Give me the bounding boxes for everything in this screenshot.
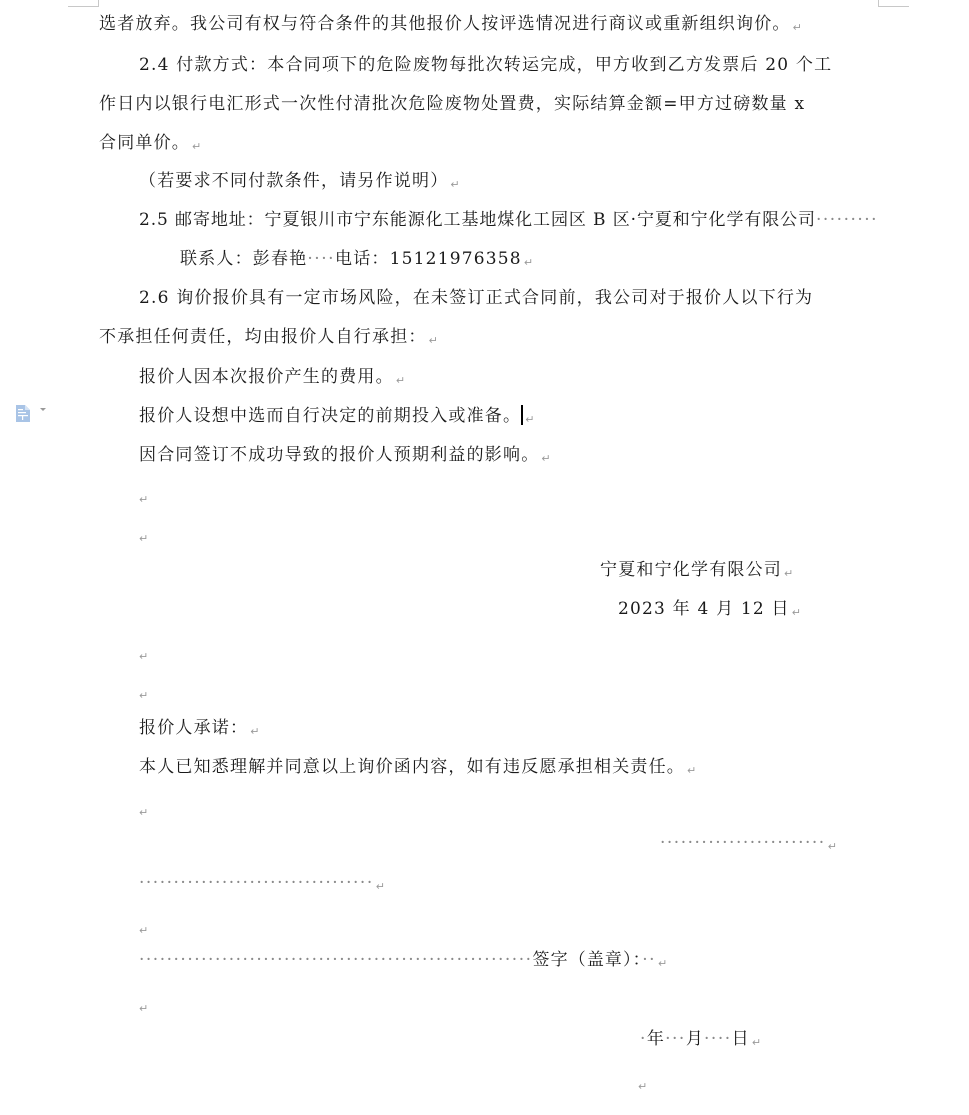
paragraph-risk-cont[interactable]: 不承担任何责任，均由报价人自行承担：↵ xyxy=(99,326,439,352)
paragraph-mark-icon: ↵ xyxy=(784,567,794,580)
empty-paragraph[interactable]: ↵ xyxy=(137,681,149,707)
space-marks: ···· xyxy=(307,249,335,269)
paragraph-item-3[interactable]: 因合同签订不成功导致的报价人预期利益的影响。↵ xyxy=(139,444,552,470)
signature-label: 签字（盖章）： xyxy=(533,950,643,970)
space-marks: ·· xyxy=(642,950,656,970)
paragraph-item-2[interactable]: 报价人设想中选而自行决定的前期投入或准备。↵ xyxy=(139,405,536,431)
text: 2.5 邮寄地址：宁夏银川市宁东能源化工基地煤化工园区 B 区·宁夏和宁化学有限… xyxy=(139,210,816,230)
blank-line-right[interactable]: ························↵ xyxy=(660,832,838,858)
paragraph-mark-icon: ↵ xyxy=(139,689,149,702)
paragraph-mark-icon: ↵ xyxy=(792,606,802,619)
paragraph-mark-icon: ↵ xyxy=(139,1002,149,1015)
empty-paragraph[interactable]: ↵ xyxy=(137,994,149,1020)
space-marks: · xyxy=(640,1029,647,1049)
paragraph-mark-icon: ↵ xyxy=(828,840,838,853)
paragraph-risk[interactable]: 2.6 询价报价具有一定市场风险，在未签订正式合同前，我公司对于报价人以下行为 xyxy=(139,287,813,309)
paragraph-payment[interactable]: 2.4 付款方式：本合同项下的危险废物每批次转运完成，甲方收到乙方发票后 20 … xyxy=(139,54,832,76)
text: 报价人承诺： xyxy=(139,718,248,738)
issue-date[interactable]: 2023 年 4 月 12 日↵ xyxy=(618,598,802,624)
empty-paragraph[interactable]: ↵ xyxy=(137,642,149,668)
paragraph-mark-icon: ↵ xyxy=(139,924,149,937)
text: 本人已知悉理解并同意以上询价函内容，如有违反愿承担相关责任。 xyxy=(139,757,685,777)
paragraph-mark-icon: ↵ xyxy=(429,334,439,347)
paragraph-mark-icon: ↵ xyxy=(139,806,149,819)
paragraph-mark-icon: ↵ xyxy=(793,21,803,34)
chevron-down-icon[interactable] xyxy=(40,408,46,411)
text: 2.4 付款方式：本合同项下的危险废物每批次转运完成，甲方收到乙方发票后 20 … xyxy=(139,55,832,75)
company-name[interactable]: 宁夏和宁化学有限公司↵ xyxy=(600,559,794,585)
text: 因合同签订不成功导致的报价人预期利益的影响。 xyxy=(139,445,539,465)
pledge-text[interactable]: 本人已知悉理解并同意以上询价函内容，如有违反愿承担相关责任。↵ xyxy=(139,756,697,782)
paragraph-mark-icon: ↵ xyxy=(139,532,149,545)
paragraph[interactable]: 选者放弃。我公司有权与符合条件的其他报价人按评选情况进行商议或重新组织询价。↵ xyxy=(99,13,803,39)
paragraph-mark-icon: ↵ xyxy=(450,178,460,191)
paragraph-mark-icon: ↵ xyxy=(687,764,697,777)
space-marks: ························ xyxy=(660,833,826,853)
text: 报价人因本次报价产生的费用。 xyxy=(139,367,394,387)
signature-date-line[interactable]: ·年···月····日↵ xyxy=(640,1028,762,1054)
text: 合同单价。 xyxy=(99,133,190,153)
text: 电话：15121976358 xyxy=(335,249,522,269)
paragraph-mark-icon: ↵ xyxy=(376,880,386,893)
empty-paragraph[interactable]: ↵ xyxy=(137,524,149,550)
empty-paragraph[interactable]: ↵ xyxy=(636,1072,648,1098)
empty-paragraph[interactable]: ↵ xyxy=(137,485,149,511)
text: 月 xyxy=(686,1029,704,1049)
text: 2.6 询价报价具有一定市场风险，在未签订正式合同前，我公司对于报价人以下行为 xyxy=(139,288,813,308)
page-margin-corner-top-right xyxy=(878,0,909,7)
blank-line-left[interactable]: ··································↵ xyxy=(139,872,386,898)
paragraph-mark-icon: ↵ xyxy=(638,1080,648,1093)
text: 2023 年 4 月 12 日 xyxy=(618,599,790,619)
text-cursor xyxy=(521,405,523,425)
paragraph-mark-icon: ↵ xyxy=(139,493,149,506)
space-marks: ········································… xyxy=(139,950,533,970)
space-marks: ···· xyxy=(704,1029,732,1049)
paragraph-mark-icon: ↵ xyxy=(250,725,260,738)
text: 作日内以银行电汇形式一次性付清批次危险废物处置费，实际结算金额=甲方过磅数量 x xyxy=(99,94,805,114)
paragraph-address[interactable]: 2.5 邮寄地址：宁夏银川市宁东能源化工基地煤化工园区 B 区·宁夏和宁化学有限… xyxy=(139,209,878,231)
space-marks: ········· xyxy=(816,210,878,230)
paragraph-mark-icon: ↵ xyxy=(525,413,535,426)
paragraph-note[interactable]: （若要求不同付款条件，请另作说明）↵ xyxy=(139,170,461,196)
empty-paragraph[interactable]: ↵ xyxy=(137,798,149,824)
space-marks: ·································· xyxy=(139,873,374,893)
paragraph-contact[interactable]: 联系人：彭春艳····电话：15121976358↵ xyxy=(180,248,534,274)
document-structure-icon[interactable] xyxy=(16,405,30,422)
paragraph-mark-icon: ↵ xyxy=(524,256,534,269)
text: （若要求不同付款条件，请另作说明） xyxy=(139,171,448,191)
paragraph-payment-end[interactable]: 合同单价。↵ xyxy=(99,132,202,158)
paragraph-mark-icon: ↵ xyxy=(541,452,551,465)
paragraph-item-1[interactable]: 报价人因本次报价产生的费用。↵ xyxy=(139,366,406,392)
paragraph-mark-icon: ↵ xyxy=(658,957,668,970)
text: 年 xyxy=(647,1029,665,1049)
paragraph-mark-icon: ↵ xyxy=(396,374,406,387)
text: 报价人设想中选而自行决定的前期投入或准备。 xyxy=(139,406,521,426)
text: 联系人：彭春艳 xyxy=(180,249,307,269)
paragraph-mark-icon: ↵ xyxy=(192,140,202,153)
text: 不承担任何责任，均由报价人自行承担： xyxy=(99,327,427,347)
paragraph-mark-icon: ↵ xyxy=(752,1036,762,1049)
pledge-title[interactable]: 报价人承诺：↵ xyxy=(139,717,261,743)
paragraph-payment-cont[interactable]: 作日内以银行电汇形式一次性付清批次危险废物处置费，实际结算金额=甲方过磅数量 x xyxy=(99,93,805,115)
text: 宁夏和宁化学有限公司 xyxy=(600,560,782,580)
page-margin-corner-top-left xyxy=(68,0,99,7)
text: 选者放弃。我公司有权与符合条件的其他报价人按评选情况进行商议或重新组织询价。 xyxy=(99,14,791,34)
empty-paragraph[interactable]: ↵ xyxy=(137,916,149,942)
text: 日 xyxy=(732,1029,750,1049)
signature-line[interactable]: ········································… xyxy=(139,949,668,975)
space-marks: ··· xyxy=(665,1029,686,1049)
paragraph-mark-icon: ↵ xyxy=(139,650,149,663)
